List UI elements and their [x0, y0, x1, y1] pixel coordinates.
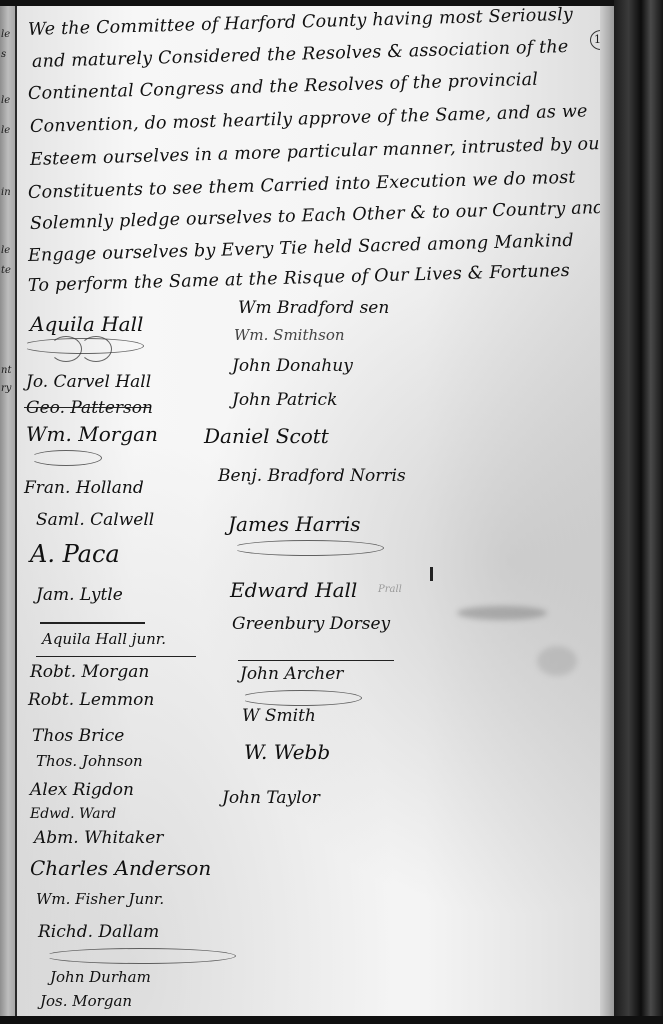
signature-flourish: [232, 540, 384, 556]
facing-fragment: nt: [1, 366, 11, 376]
signature: W Smith: [242, 706, 316, 726]
signature: Wm. Smithson: [234, 326, 345, 344]
strikethrough: [24, 407, 150, 408]
facing-fragment: le: [1, 30, 10, 40]
bottom-dark-edge: [0, 1016, 663, 1024]
divider-rule: [36, 656, 196, 657]
facing-fragment: ry: [1, 384, 11, 394]
signature: Wm. Fisher Junr.: [36, 890, 164, 908]
signature: Saml. Calwell: [36, 510, 154, 530]
signature: James Harris: [228, 512, 361, 536]
binding-edge: [614, 0, 663, 1024]
signature: Daniel Scott: [204, 424, 329, 448]
signature: A. Paca: [30, 540, 120, 568]
signature: John Taylor: [222, 788, 320, 808]
signature: Charles Anderson: [30, 856, 211, 880]
signature: Richd. Dallam: [38, 922, 159, 942]
signature: Jos. Morgan: [40, 992, 132, 1010]
facing-fragment: le: [1, 126, 10, 136]
ink-mark: [430, 567, 433, 581]
signature-flourish: [44, 948, 236, 964]
signature: Aquila Hall: [30, 312, 143, 336]
stain: [537, 646, 577, 676]
facing-fragment: te: [1, 266, 11, 276]
signature: Wm Bradford sen: [238, 298, 389, 318]
signature: Alex Rigdon: [30, 780, 134, 800]
signature: Thos. Johnson: [36, 752, 143, 770]
signature: W. Webb: [244, 740, 330, 764]
manuscript-scan: le s le le in le te nt ry 12 We the Comm…: [0, 0, 663, 1024]
divider-rule: [40, 622, 145, 624]
signature: John Durham: [50, 968, 151, 986]
facing-fragment: le: [1, 96, 10, 106]
signature: John Archer: [240, 664, 343, 684]
signature: Edward Hall: [230, 578, 357, 602]
marginal-note: Prall: [378, 584, 402, 595]
signature: Geo. Patterson: [26, 398, 153, 418]
signature: Thos Brice: [32, 726, 124, 746]
signature: John Donahuy: [232, 356, 353, 376]
page-edge: [600, 6, 614, 1018]
signature-flourish: [30, 450, 102, 466]
signature: Abm. Whitaker: [34, 828, 163, 848]
facing-fragment: s: [1, 50, 6, 60]
facing-page-edge: le s le le in le te nt ry: [0, 6, 16, 1016]
signature: Robt. Lemmon: [28, 690, 154, 710]
facing-fragment: in: [1, 188, 11, 198]
signature: Edwd. Ward: [30, 806, 116, 822]
signature-flourish: [80, 336, 112, 362]
signature-flourish: [50, 336, 82, 362]
signature: Robt. Morgan: [30, 662, 149, 682]
signature: Fran. Holland: [24, 478, 144, 498]
signature: Greenbury Dorsey: [232, 614, 390, 634]
signature: John Patrick: [232, 390, 337, 410]
signature: Aquila Hall junr.: [42, 630, 166, 648]
signature: Benj. Bradford Norris: [218, 466, 406, 486]
divider-rule: [238, 660, 394, 661]
facing-fragment: le: [1, 246, 10, 256]
signature: Wm. Morgan: [26, 422, 158, 446]
ink-smudge: [457, 606, 547, 620]
signature: Jam. Lytle: [36, 585, 123, 605]
signature-flourish: [240, 690, 362, 706]
signature: Jo. Carvel Hall: [26, 372, 151, 392]
